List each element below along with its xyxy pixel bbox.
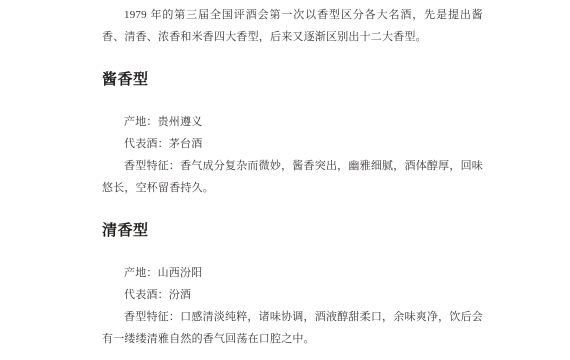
jiangxiang-origin-line: 产地：贵州遵义 <box>102 111 483 133</box>
qingxiang-characteristics-paragraph: 香型特征：口感清淡纯粹，诸味协调，酒液醇甜柔口，余味爽净，饮后会有一缕缕清雅自然… <box>102 306 483 350</box>
qingxiang-representative-line: 代表酒：汾酒 <box>102 284 483 306</box>
jiangxiang-representative-line: 代表酒：茅台酒 <box>102 133 483 155</box>
qingxiang-origin-line: 产地：山西汾阳 <box>102 262 483 284</box>
intro-paragraph: 1979 年的第三届全国评酒会第一次以香型区分各大名酒，先是提出酱香、清香、浓香… <box>102 4 483 48</box>
jiangxiang-characteristics-paragraph: 香型特征：香气成分复杂而微妙，酱香突出，幽雅细腻，酒体醇厚，回味悠长，空杯留香持… <box>102 155 483 199</box>
document-page: 1979 年的第三届全国评酒会第一次以香型区分各大名酒，先是提出酱香、清香、浓香… <box>0 0 570 360</box>
section-heading-qingxiang: 清香型 <box>102 220 483 242</box>
section-heading-jiangxiang: 酱香型 <box>102 69 483 91</box>
